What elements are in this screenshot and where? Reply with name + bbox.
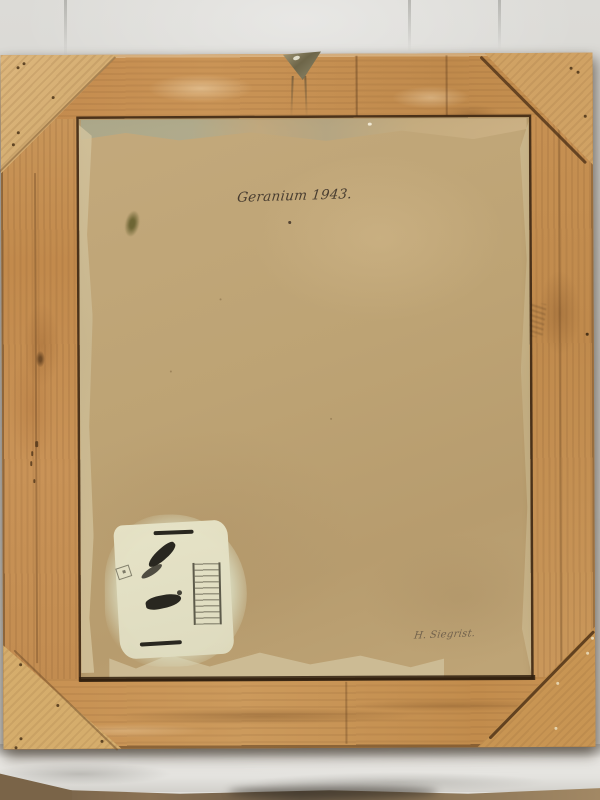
paper-fleck [330,418,332,420]
floor-shadow [228,786,438,798]
nail-hole [586,333,589,336]
cloth-fold [64,0,67,58]
nail-speck [556,682,559,685]
wood-joint [345,682,347,744]
hook-plate [283,50,321,80]
wood-knot [36,351,45,367]
nail-hole [15,746,18,749]
wood-scratch [31,451,33,456]
sticker-mark [177,590,182,595]
photo-frame-back: Geranium 1943. H. Siegrist. [0,0,600,800]
inscription-text: Geranium 1943. [236,186,353,206]
nail-speck [554,727,557,730]
backing-board: Geranium 1943. H. Siegrist. [79,117,531,679]
nail-hole [100,740,103,743]
sticker-rule-top [154,530,194,535]
paper-fleck [220,298,222,300]
wood-scratch [30,461,32,466]
wooden-frame-back: Geranium 1943. H. Siegrist. [0,53,595,750]
nail-speck [586,652,589,655]
sticker-rule-bottom [140,640,182,646]
nail-hole [570,67,573,70]
cloth-fold [408,0,411,52]
nail-hole [577,71,580,74]
nail-hole [52,96,55,99]
sticker-fine-print [192,562,221,625]
nail-hole [23,62,26,65]
paper-speck [368,123,372,126]
nail-hole [17,66,20,69]
sticker-emblem [115,564,132,580]
stain-mark [123,210,142,238]
nail-hole [584,115,587,118]
background-cloth-bottom [0,744,600,792]
hook-prong [304,76,307,118]
cloth-fold [498,0,501,50]
wood-scratch [35,441,38,447]
hanging-hook [280,48,324,126]
wood-scratch [33,479,35,483]
label-sticker [113,519,234,659]
sticker-mark [145,592,183,612]
nail-hole [19,737,22,740]
nail-hole [56,704,59,707]
nail-hole [17,131,20,134]
wood-joint [355,56,357,116]
fly-speck [288,221,291,224]
hook-prong [290,76,293,118]
nail-speck [591,637,594,640]
artist-signature: H. Siegrist. [413,628,476,641]
paper-fleck [170,371,172,373]
wood-joint [445,55,447,115]
torn-edge-left [79,125,94,673]
nail-hole [19,663,22,666]
nail-hole [12,143,15,146]
